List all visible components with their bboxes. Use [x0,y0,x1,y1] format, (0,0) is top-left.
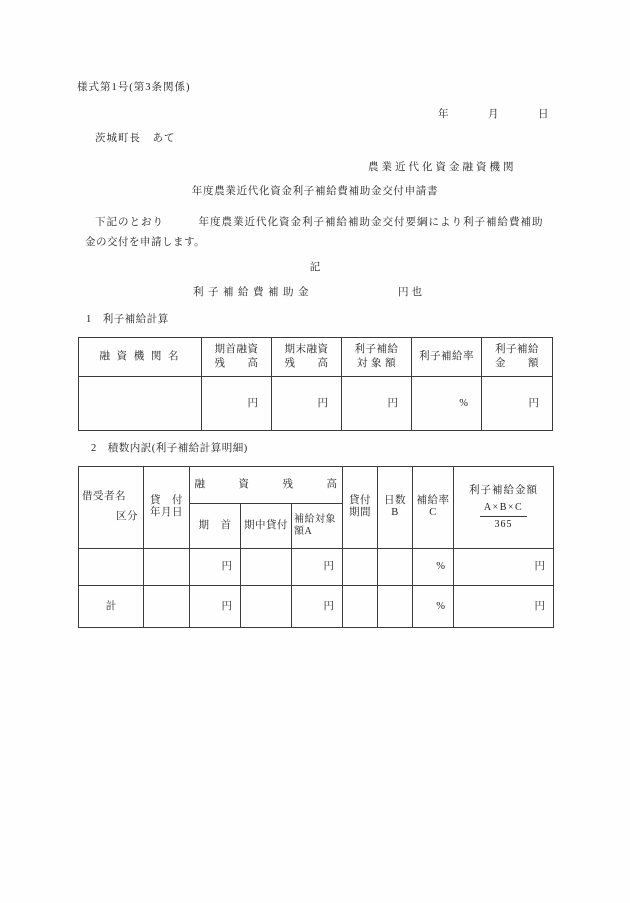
t2-total-beginning: 円 [190,586,241,628]
interest-subsidy-calculation-table: 融 資 機 関 名 期首融資 残 高 期末融資 残 高 利 [78,337,553,431]
t2-header-subsidy-amount: 利子補給金額 A×B×C 365 [454,467,554,549]
t2-total-mid-term-loan [241,586,292,628]
t2-cell-rate: % [413,549,454,586]
list-marker: 記 [0,262,630,274]
t2-cell-days [378,549,413,586]
t2-total-subsidy-amount: 円 [454,586,554,628]
t2-header-loan-balance-group: 融 資 残 高 [190,467,343,504]
multiplier-breakdown-table: 区分 借受者名 貸 付 年月日 融 資 残 高 貸付 [78,466,554,628]
t2-header-rate: 補給率 C [413,467,454,549]
t1-cell-ending-balance: 円 [272,377,342,431]
addressee-line: 茨城町長 あて [95,133,176,145]
t2-total-days [378,586,413,628]
t1-header-target-amount: 利子補給 対 象 額 [342,338,412,377]
t1-header-subsidy-rate: 利子補給率 [412,338,482,377]
date-line: 年 月 日 [438,109,551,121]
t2-corner-borrower-label: 借受者名 [82,491,126,503]
t2-header-corner: 区分 借受者名 [79,467,144,549]
body-line-1: 下記のとおり 年度農業近代化資金利子補給補助金交付要綱により利子補給費補助 [95,217,544,229]
t2-header-mid-term-loan: 期中貸付 [241,504,292,549]
institution-line: 農業近代化資金融資機関 [368,162,517,174]
t2-cell-beginning: 円 [190,549,241,586]
t2-total-rate: % [413,586,454,628]
t2-header-loan-period: 貸付 期間 [343,467,378,549]
form-number: 様式第1号(第3条関係) [77,82,191,94]
body-line-2: 金の交付を申請します。 [85,237,205,249]
t2-cell-loan-date [144,549,190,586]
t2-header-days: 日数 B [378,467,413,549]
document-title: 年度農業近代化資金利子補給費補助金交付申請書 [0,186,630,198]
t2-cell-subsidy-amount: 円 [454,549,554,586]
section-1-heading: 1 利子補給計算 [86,314,169,326]
t2-cell-target-amount: 円 [292,549,343,586]
t2-total-label: 計 [79,586,144,628]
t2-header-loan-date: 貸 付 年月日 [144,467,190,549]
subsidy-amount-label: 利子補給費補助金 [193,287,313,299]
t1-header-institution-name: 融 資 機 関 名 [79,338,202,377]
t1-cell-subsidy-rate: % [412,377,482,431]
t1-header-ending-balance: 期末融資 残 高 [272,338,342,377]
t1-header-subsidy-amount: 利子補給 金 額 [482,338,553,377]
application-form-page: 様式第1号(第3条関係) 年 月 日 茨城町長 あて 農業近代化資金融資機関 年… [0,0,630,903]
formula-fraction: A×B×C 365 [480,502,527,531]
t1-cell-beginning-balance: 円 [202,377,272,431]
t2-header-beginning: 期 首 [190,504,241,549]
t1-cell-subsidy-amount: 円 [482,377,553,431]
t1-cell-target-amount: 円 [342,377,412,431]
t2-header-target-amount-a: 補給対象 額A [292,504,343,549]
t1-cell-institution-name [79,377,202,431]
t1-header-beginning-balance: 期首融資 残 高 [202,338,272,377]
t2-total-target-amount: 円 [292,586,343,628]
t2-cell-mid-term-loan [241,549,292,586]
t2-cell-period [343,549,378,586]
section-2-heading: 2 積数内訳(利子補給計算明細) [91,443,248,455]
t2-total-loan-date [144,586,190,628]
t2-total-period [343,586,378,628]
t2-corner-category-label: 区分 [116,511,138,523]
t2-cell-borrower [79,549,144,586]
subsidy-amount-unit: 円也 [398,287,425,299]
